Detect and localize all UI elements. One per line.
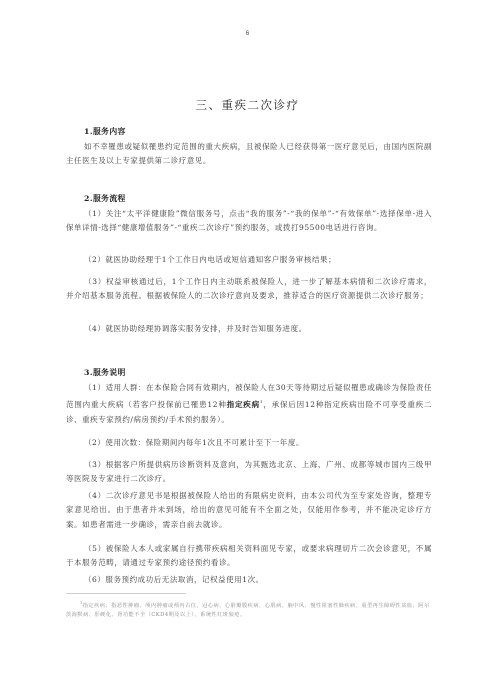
paragraph-note-4: （4）二次诊疗意见书是根据被保险人给出的有限病史资料，由本公司代为至专家处咨询，… bbox=[66, 489, 432, 532]
footnote-divider bbox=[66, 593, 186, 594]
paragraph-process-step-4: （4）就医协助经理协调落实服务安排，并及时告知服务进度。 bbox=[66, 322, 432, 336]
designated-disease-term: 指定疾病 bbox=[227, 400, 260, 409]
section-heading-service-process: 2.服务流程 bbox=[84, 193, 126, 204]
section-heading-service-content: 1.服务内容 bbox=[84, 126, 126, 137]
paragraph-note-2: （2）使用次数：保险期间内每年1次且不可累计至下一年度。 bbox=[66, 436, 432, 450]
section-heading-service-notes: 3.服务说明 bbox=[84, 367, 126, 378]
paragraph-note-3: （3）根据客户所提供病历诊断资料及意向，为其甄选北京、上海、广州、成都等城市国内… bbox=[66, 458, 432, 487]
paragraph-note-5: （5）被保险人本人或家属自行携带疾病相关资料面见专家，或要求病理切片二次会诊意见… bbox=[66, 542, 432, 571]
footnote: 1指定疾病：指恶性肿瘤、颅内肿瘤或颅内占位、冠心病、心脏瓣膜疾病、心肌病、脑中风… bbox=[66, 599, 432, 620]
paragraph-note-1: （1）适用人群：在本保险合同有效期内，被保险人在30天等待期过后疑似罹患或确诊为… bbox=[66, 381, 432, 427]
page-number: 6 bbox=[0, 31, 495, 37]
paragraph-process-step-2: （2）就医协助经理于1个工作日内电话或短信通知客户服务审核结果； bbox=[66, 253, 432, 267]
paragraph-note-6: （6）服务预约成功后无法取消，记权益使用1次。 bbox=[66, 573, 432, 587]
footnote-text: 指定疾病：指恶性肿瘤、颅内肿瘤或颅内占位、冠心病、心脏瓣膜疾病、心肌病、脑中风、… bbox=[66, 603, 430, 618]
paragraph-service-content: 如不幸罹患或疑似罹患约定范围的重大疾病，且被保险人已经获得第一医疗意见后，由国内… bbox=[66, 140, 432, 169]
paragraph-process-step-3: （3）权益审核通过后，1个工作日内主动联系被保险人，进一步了解基本病情和二次诊疗… bbox=[66, 275, 432, 304]
page-title: 三、重疾二次诊疗 bbox=[0, 97, 495, 113]
paragraph-process-step-1: （1）关注“太平洋健康险”微信服务号，点击“我的服务”-“我的保单”-“有效保单… bbox=[66, 207, 432, 236]
